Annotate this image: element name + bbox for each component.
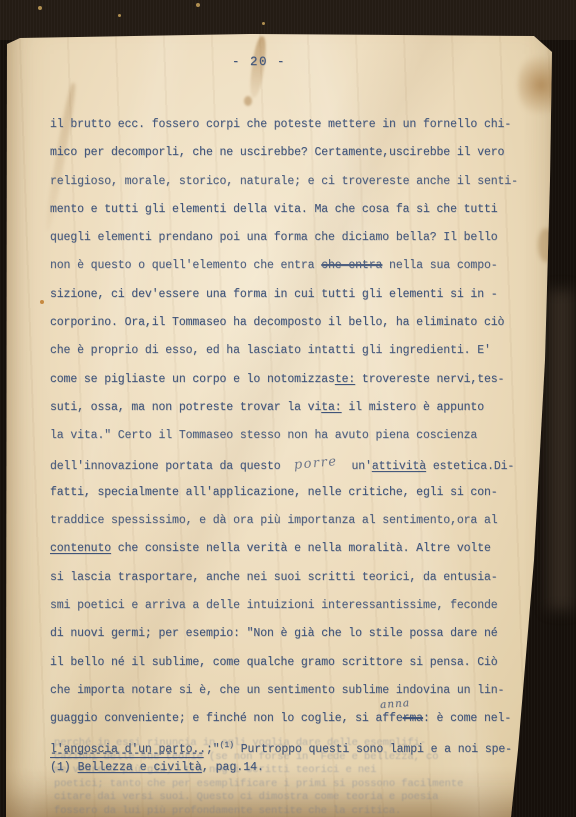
typed-segment: corporino. Ora,il Tommaseo ha decomposto…: [50, 316, 504, 329]
typed-line: mico per decomporli, che ne uscirebbe? C…: [50, 146, 528, 174]
typed-segment: quegli elementi prendano poi una forma c…: [50, 231, 498, 244]
typed-segment: il mistero è appunto: [342, 401, 484, 414]
footnote: (1) Bellezza e civiltà, pag.14.: [50, 761, 264, 774]
typed-segment: il bello né il sublime, come qualche gra…: [50, 656, 498, 669]
typed-segment: mico per decomporli, che ne uscirebbe? C…: [50, 146, 504, 159]
handwritten-correction: porre: [293, 454, 338, 473]
typed-segment: che è proprio di esso, ed ha lasciato in…: [50, 344, 491, 357]
typed-segment: guaggio conveniente; e finché non lo cog…: [50, 712, 403, 725]
bleedthrough-line: fossero da lui più profondamente sentite…: [54, 805, 534, 817]
typed-line: di nuovi germi; per esempio: "Non è già …: [50, 627, 528, 655]
speck-stain: [38, 6, 42, 10]
typed-segment: te:: [335, 373, 355, 386]
typed-line: dell'innovazione portata da questo porre…: [50, 458, 528, 486]
typed-segment: Purtroppo questi sono lampi e a noi spe-: [234, 743, 512, 756]
typed-segment: attività: [372, 460, 426, 473]
typed-segment: è come nel-: [430, 712, 511, 725]
typed-segment: contenuto: [50, 542, 111, 555]
typed-segment: come se pigliaste un corpo e lo notomizz…: [50, 373, 335, 386]
typed-segment: religioso, morale, storico, naturale; e …: [50, 175, 518, 188]
typed-segment: nella sua compo-: [382, 259, 497, 272]
typed-line: non è questo o quell'elemento che entra …: [50, 259, 528, 287]
typed-line: la vita." Certo il Tommaseo stesso non h…: [50, 429, 528, 457]
typed-segment: ta:: [321, 401, 341, 414]
typed-line: il brutto ecc. fossero corpi che poteste…: [50, 118, 528, 146]
typed-segment: il brutto ecc. fossero corpi che poteste…: [50, 118, 511, 131]
typed-line: fatti, specialmente all'applicazione, ne…: [50, 486, 528, 514]
speck-stain: [196, 3, 200, 7]
typed-segment: si lascia trasportare, anche nei suoi sc…: [50, 571, 498, 584]
bleedthrough-line: citare dai versi suoi. Questo ci dimostr…: [54, 791, 534, 805]
typed-segment: mento e tutti gli elementi della vita. M…: [50, 203, 498, 216]
speck-stain: [262, 22, 265, 25]
brown-stain: [538, 228, 554, 262]
typed-text-block: il brutto ecc. fossero corpi che poteste…: [50, 118, 528, 769]
typed-segment: sizione, ci dev'essere una forma in cui …: [50, 288, 498, 301]
typed-segment: :: [423, 712, 430, 725]
typed-segment: estetica.Di-: [426, 460, 514, 473]
typed-line: contenuto che consiste nella verità e ne…: [50, 542, 528, 570]
typed-segment: che entra: [321, 259, 382, 272]
brown-stain: [244, 96, 252, 106]
typed-segment: fatti, specialmente all'applicazione, ne…: [50, 486, 498, 499]
typed-line: guaggio conveniente; e finché non lo cog…: [50, 712, 528, 740]
footnote-block: ------------------------ (1) Bellezza e …: [50, 747, 264, 774]
typed-line: corporino. Ora,il Tommaseo ha decomposto…: [50, 316, 528, 344]
photo-backdrop: - 20 - perché in essi rinuncia in egli v…: [0, 0, 576, 817]
typed-segment: suti, ossa, ma non potreste trovar la vi: [50, 401, 321, 414]
typed-segment: che importa notare si è, che un sentimen…: [50, 684, 504, 697]
footnote-marker: (1): [50, 761, 78, 774]
footnote-rest: , pag.14.: [202, 761, 264, 774]
typed-line: smi poetici e arriva a delle intuizioni …: [50, 599, 528, 627]
typed-segment: non è questo o quell'elemento che entra: [50, 259, 321, 272]
typed-segment: smi poetici e arriva a delle intuizioni …: [50, 599, 498, 612]
typed-line: si lascia trasportare, anche nei suoi sc…: [50, 571, 528, 599]
typed-segment: dell'innovazione portata da questo: [50, 460, 294, 473]
typed-segment: trovereste nervi,tes-: [355, 373, 504, 386]
typed-line: il bello né il sublime, come qualche gra…: [50, 656, 528, 684]
typed-segment: la vita." Certo il Tommaseo stesso non h…: [50, 429, 477, 442]
typed-segment: che consiste nella verità e nella morali…: [111, 542, 491, 555]
typed-line: suti, ossa, ma non potreste trovar la vi…: [50, 401, 528, 429]
footnote-title: Bellezza e civiltà: [78, 761, 202, 774]
typed-line: sizione, ci dev'essere una forma in cui …: [50, 288, 528, 316]
typed-line: quegli elementi prendano poi una forma c…: [50, 231, 528, 259]
speck-stain: [40, 300, 44, 304]
typed-line: traddice spessissimo, e dà ora più impor…: [50, 514, 528, 542]
typed-segment: un': [338, 460, 372, 473]
typed-line: come se pigliaste un corpo e lo notomizz…: [50, 373, 528, 401]
typed-segment: di nuovi germi; per esempio: "Non è già …: [50, 627, 498, 640]
binding-edge-highlight: [548, 290, 574, 610]
typed-line: che importa notare si è, che un sentimen…: [50, 684, 528, 712]
speck-stain: [118, 14, 121, 17]
typed-segment: rma: [403, 712, 423, 725]
typed-segment: traddice spessissimo, e dà ora più impor…: [50, 514, 498, 527]
typed-line: mento e tutti gli elementi della vita. M…: [50, 203, 528, 231]
typed-line: che è proprio di esso, ed ha lasciato in…: [50, 344, 528, 372]
brown-stain: [518, 48, 564, 122]
footnote-separator: ------------------------: [50, 747, 264, 760]
typed-line: religioso, morale, storico, naturale; e …: [50, 175, 528, 203]
bleedthrough-line: poetici; tanto che per esemplificare i p…: [54, 778, 534, 792]
paper-page: - 20 - perché in essi rinuncia in egli v…: [0, 0, 576, 817]
page-number: - 20 -: [232, 55, 286, 69]
